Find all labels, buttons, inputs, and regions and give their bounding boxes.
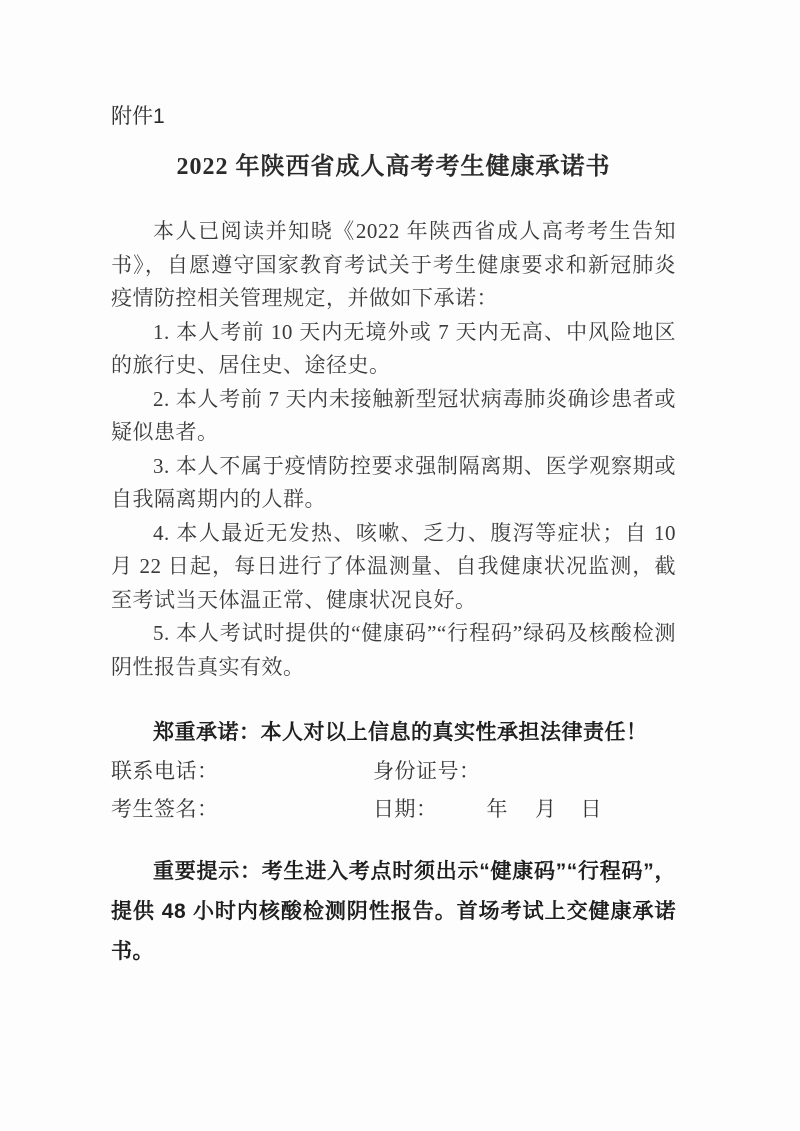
commitment-item-4: 4. 本人最近无发热、咳嗽、乏力、腹泻等症状；自 10 月 22 日起，每日进行…: [111, 517, 676, 618]
intro-paragraph: 本人已阅读并知晓《2022 年陕西省成人高考考生告知书》，自愿遵守国家教育考试关…: [111, 215, 676, 316]
day-label: 日: [581, 790, 603, 828]
month-label: 月: [535, 790, 557, 828]
signature-row: 考生签名： 日期： 年 月 日: [111, 790, 676, 828]
commitment-item-3: 3. 本人不属于疫情防控要求强制隔离期、医学观察期或自我隔离期内的人群。: [111, 450, 676, 517]
date-label: 日期：: [373, 790, 438, 828]
pledge-statement: 郑重承诺：本人对以上信息的真实性承担法律责任！: [111, 714, 676, 752]
document-title: 2022 年陕西省成人高考考生健康承诺书: [111, 152, 676, 183]
commitment-item-2: 2. 本人考前 7 天内未接触新型冠状病毒肺炎确诊患者或疑似患者。: [111, 383, 676, 450]
id-number-label: 身份证号：: [373, 752, 481, 790]
contact-row: 联系电话： 身份证号：: [111, 752, 676, 790]
year-label: 年: [487, 790, 509, 828]
attachment-label: 附件1: [111, 104, 676, 130]
signature-form: 联系电话： 身份证号： 考生签名： 日期： 年 月 日: [111, 752, 676, 828]
phone-label: 联系电话：: [111, 752, 373, 790]
signature-label: 考生签名：: [111, 790, 373, 828]
important-notice: 重要提示：考生进入考点时须出示“健康码”“行程码”，提供 48 小时内核酸检测阴…: [111, 852, 676, 972]
commitment-item-1: 1. 本人考前 10 天内无境外或 7 天内无高、中风险地区的旅行史、居住史、途…: [111, 316, 676, 383]
document-body: 本人已阅读并知晓《2022 年陕西省成人高考考生告知书》，自愿遵守国家教育考试关…: [111, 215, 676, 684]
health-commitment-document: 附件1 2022 年陕西省成人高考考生健康承诺书 本人已阅读并知晓《2022 年…: [0, 0, 800, 1131]
commitment-item-5: 5. 本人考试时提供的“健康码”“行程码”绿码及核酸检测阴性报告真实有效。: [111, 617, 676, 684]
